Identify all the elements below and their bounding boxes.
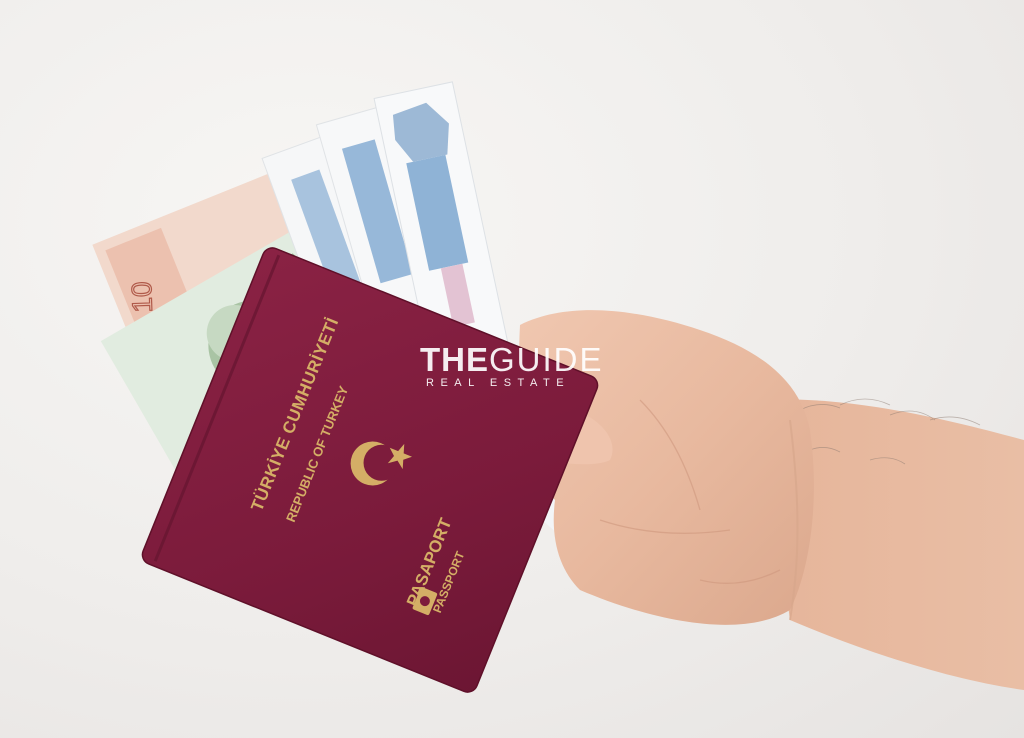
photo-scene: 10 bbox=[0, 0, 1024, 738]
crescent-star-icon bbox=[333, 417, 424, 508]
svg-text:10: 10 bbox=[126, 281, 158, 313]
